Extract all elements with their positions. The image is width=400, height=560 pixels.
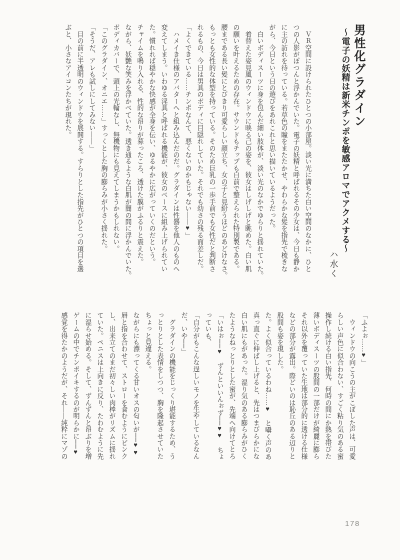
text-column: もっとも女性的な体型を持っている。そのため巨乳の一歩手前でも女性だと判断さ (205, 24, 217, 306)
text-column: た。慣れれば穏やかな快感が全身を伝い、ゆるやかに広がっていくのだという。 (145, 24, 157, 306)
text-column: チャイムを鳴り入れる、性的な昂りが募ったころ、透けた膜がふるりと震えた。 (133, 24, 145, 306)
title-block: 男性化グラダイン ～電子の妖精は新米チンポを敏感アロマでアクメする～ ハ水く (328, 24, 366, 324)
document-page: 男性化グラダイン ～電子の妖精は新米チンポを敏感アロマでアクメする～ ハ水く Ｖ… (0, 0, 400, 560)
text-column: 腰まである長い髪にとびきり可愛らしい顔立ち、女の子と見紛うほどのあどけなさ。 (217, 24, 229, 306)
text-column: 真っ直ぐに伸ばし上げると、先はつまびらかにな (249, 312, 261, 540)
text-column: ハメイき仕様のアバターへと組み込んだのだ。グラダインは性器を他人のものへ (169, 24, 181, 306)
text-column: れるもの、今日は男具のボディに目隠れしていた。それでも幼さの残る面差しだ。 (193, 24, 205, 306)
bottom-text-block: 「ふよぉ……♥」 ウィンドウの向こうの主がこぼした声は、可愛らしい声色に似合わな… (53, 312, 369, 540)
text-column: ちょっと見違える。 (141, 312, 153, 540)
text-column: 唇と指を合わせて、ストローを食むようにピンク (117, 312, 129, 540)
text-column: 薄いボディスーツの股間の一部だけが綺麗に膨ら (309, 312, 321, 540)
text-column: ゲームの中でチンポイキするのが明らかに──♥ (69, 312, 81, 540)
text-column: らしい声色に似合わない、すごく粘り気のある蜜 (333, 312, 345, 540)
text-column: グラダインの機能をじっくり堪能するため、う (165, 312, 177, 540)
text-column: 感覚を得たかのようだが、それ――純粋にマゾの (57, 312, 69, 540)
page-number: 178 (345, 519, 360, 528)
text-column: 股間も姿を現した。 (273, 312, 285, 540)
text-column: 「そうだ、アレも試しにしてみない――」 (85, 24, 97, 306)
text-column: 変えてしまう。いわゆる淫具と呼ばれる機能が、彼女のベースに組み上げられてい (157, 24, 169, 306)
page-title: 男性化グラダイン (351, 24, 366, 324)
text-column: つの人影がぽつんと浮かんでいた。電子の妖精と呼ばれるその少女は、今日も静か (289, 24, 301, 306)
text-column: の願いを叶えるための存在。サウンドもチップも自前で整えられた特別製である。 (229, 24, 241, 306)
text-column: ＶＲ空間に設けられたひとつの小部屋。淡い光に満ちた白い空間のなかに、ひと (301, 24, 313, 306)
text-column: たようなねっとりとした蜜が、先端へ向けてとろ (225, 312, 237, 540)
text-column: ながらにも漂ってくる甘いオスの匂いが──♥♥ (129, 312, 141, 540)
text-column: 目の前に半透明のウィンドウを展開する。すらりとした指先がひとつの項目を選 (73, 24, 85, 306)
page-subtitle: ～電子の妖精は新米チンポを敏感アロマでアクメする～ (340, 24, 351, 324)
text-column: 「よくできている……チンポなんて、悪くないのかもじゃない――♥」 (181, 24, 193, 306)
text-column: 白いボディスーツに身を包んだ細い肢体が、淡い光のなかでゆらりと揺れていた。 (253, 24, 265, 306)
text-column: っとりとした表情をしつつ、胸を隆起させていた (153, 312, 165, 540)
text-column: に主の訪れを待っている。若草色の瞳をまたたかせ、やわらかな髪を指先で梳きな (277, 24, 289, 306)
text-column: それ以外を覆っていた生地は部分的に透ける仕様 (297, 312, 309, 540)
author-name: ハ水く (328, 24, 340, 324)
text-column: 白い肌にもがあった。湿り気のある膨らみがひく (237, 312, 249, 540)
text-column: ぶと、小さなアイコンたちが現れた。 (61, 24, 73, 306)
text-column: 操作し続ける白い指先、何時の間にか熱を帯びた (321, 312, 333, 540)
text-column: ていた。ペニスは上向きに反り、たわむように先 (93, 312, 105, 540)
text-column: た。よく似合っているわね……♥ と囁く声のあ (261, 312, 273, 540)
text-column: ながら、妖艶な笑みを浮かべていた。透き通るような白肌が闇の間に浮かんでいた。 (121, 24, 133, 306)
text-column: がら、今日という日の遊びをあれこれと思い描いているようだった。 (265, 24, 277, 306)
text-column: し、出来立てのまだ初々しい肉棒がリズムに揺れ (105, 312, 117, 540)
text-column: 「このグラダイン、オニエ……」すっくとした胸の膨らみが小さく揺れた。 (97, 24, 109, 306)
text-column: ボディカバーで、頭上の光輪なし、無機物にも見えてしまうかもしれない。 (109, 24, 121, 306)
text-column: に湿らせ始める。そして、ずんずんと昂ぶりを増 (81, 312, 93, 540)
text-column: 「自分がもこんな逞しいモノを生やしているなん (189, 312, 201, 540)
text-column: などの部分が露出。際どいのは恥丘のある辺りと (285, 312, 297, 540)
text-column: だ、いや──」 (177, 312, 189, 540)
text-column: 「いはぉ──♥ ずんといいんぉず──♥♥ ちょ (213, 312, 225, 540)
text-column: 着替えた姿見風のウィンドウに映る己の姿を、彼女はしげしげと眺めた。白い肌 (241, 24, 253, 306)
top-text-block: ＶＲ空間に設けられたひとつの小部屋。淡い光に満ちた白い空間のなかに、ひとつの人影… (57, 24, 313, 306)
text-column: 「ふよぉ……♥」 (357, 312, 369, 540)
text-column: ウィンドウの向こうの主がこぼした声は、可愛 (345, 312, 357, 540)
text-column: っていも、 (201, 312, 213, 540)
